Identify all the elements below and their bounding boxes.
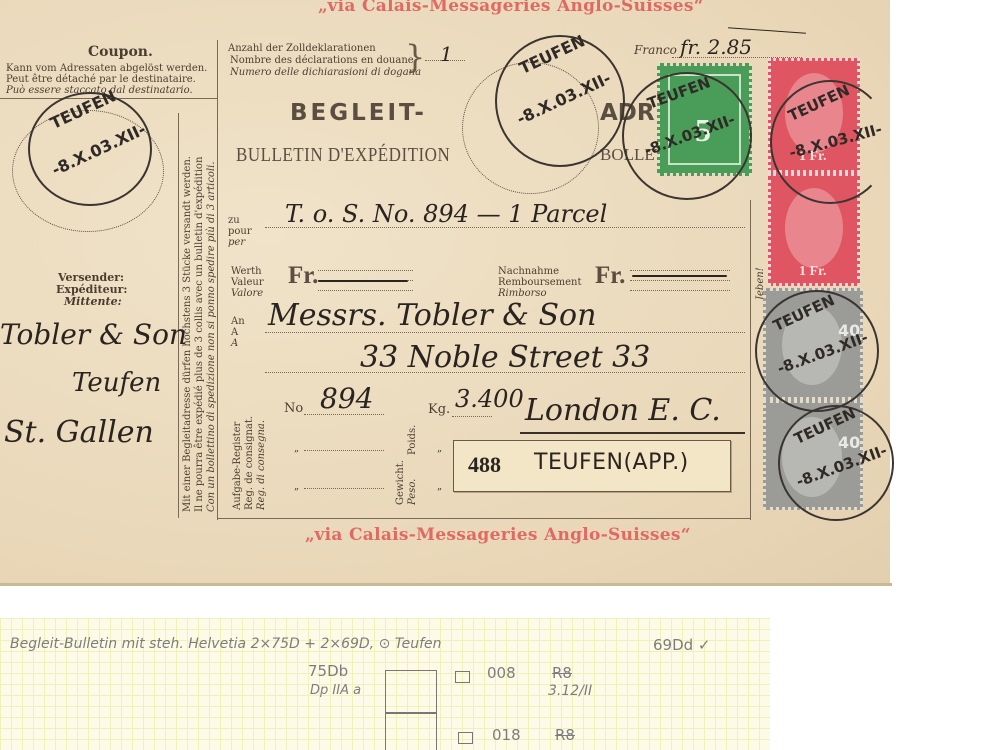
- sender-line-2: Teufen: [72, 368, 161, 398]
- franco-value: fr. 2.85: [680, 35, 752, 59]
- cod-dots-1: [630, 270, 730, 271]
- sender-label-fr: Expéditeur:: [56, 284, 127, 295]
- divider-right: [750, 200, 751, 520]
- dest-label-pour: pour: [228, 226, 252, 237]
- title-bulletin: BULLETIN D'EXPÉDITION: [236, 144, 450, 167]
- dest-value: T. o. S. No. 894 — 1 Parcel: [285, 200, 607, 228]
- register-dots-2: [304, 450, 384, 451]
- postmark-grey-top: TEUFEN -8.X.03.XII-: [755, 290, 879, 412]
- postmark-green-stamp: TEUFEN -8.X.03.XII-: [622, 72, 752, 200]
- value-dots-1: [318, 270, 413, 271]
- registration-town: TEUFEN(APP.): [534, 450, 689, 475]
- album-bottom-checkbox: [458, 732, 473, 744]
- album-perf: Dp IIA a: [310, 683, 361, 698]
- album-plate-bottom-crossed: R8: [555, 726, 575, 744]
- album-catalog-ref: 69Dd ✓: [653, 636, 711, 654]
- value-dash: [318, 280, 408, 282]
- addr-label-a-it: A: [231, 338, 238, 349]
- postmark-grey-bottom: TEUFEN -8.X.03.XII-: [778, 405, 894, 521]
- postmark-center: TEUFEN -8.X.03.XII-: [495, 35, 625, 167]
- customs-line-fr: Nombre des déclarations en douane: [230, 55, 414, 66]
- register-no-label: No: [284, 403, 303, 414]
- addr-line-1: Messrs. Tobler & Son: [268, 298, 596, 333]
- value-dots-3: [318, 290, 413, 291]
- divider-notice-left: [178, 113, 179, 518]
- register-no-value: 894: [320, 382, 373, 415]
- addr-line-2: 33 Noble Street 33: [360, 340, 650, 375]
- register-dots-3: [304, 488, 384, 489]
- value-label-it: Valore: [231, 288, 263, 299]
- dest-label-per: per: [228, 237, 245, 248]
- coupon-line-fr: Peut être détaché par le destinataire.: [6, 74, 196, 85]
- register-label-de: Aufgabe-Register: [232, 422, 244, 510]
- cod-dots-3: [630, 290, 730, 291]
- stamp-1fr-bottom-denomination: 1 Fr.: [799, 264, 826, 280]
- postmark-coupon: TEUFEN -8.X.03.XII-: [28, 92, 152, 206]
- register-ditto-1: „: [294, 443, 299, 454]
- title-begleit: BEGLEIT-: [290, 100, 427, 126]
- registration-label: 488 TEUFEN(APP.): [453, 440, 731, 492]
- album-plate-top: 008: [487, 664, 516, 682]
- weight-label-it: Peso.: [407, 479, 419, 505]
- dest-label-zu: zu: [228, 215, 240, 226]
- footer-route: „via Calais-Messageries Anglo-Suisses“: [305, 525, 691, 545]
- postmark-red-top: TEUFEN -8.X.03.XII-: [770, 80, 890, 204]
- cod-currency: Fr.: [595, 262, 625, 290]
- register-ditto-2: „: [294, 481, 299, 492]
- addr-label-a: A: [231, 327, 238, 338]
- registration-number: 488: [468, 452, 501, 478]
- sender-line-3: St. Gallen: [4, 415, 154, 450]
- coupon-line-de: Kann vom Adressaten abgelöst werden.: [6, 63, 207, 74]
- notice-it: Con un bollettino di spedizione non si p…: [206, 161, 218, 512]
- album-plate-top-date: 3.12/II: [548, 683, 592, 699]
- addr-underline: [520, 432, 745, 434]
- cod-dots-2: [630, 280, 730, 281]
- value-label-fr: Valeur: [231, 277, 264, 288]
- cod-label-de: Nachnahme: [498, 266, 559, 277]
- value-label-de: Werth: [231, 266, 262, 277]
- weight-unit: Kg.: [428, 404, 450, 415]
- weight-label-fr: Poids.: [407, 425, 419, 455]
- sender-label-de: Versender:: [58, 272, 124, 283]
- album-stamp-id: 75Db: [308, 662, 348, 680]
- customs-brace: }: [405, 40, 425, 74]
- album-top-checkbox: [455, 671, 470, 683]
- coupon-title: Coupon.: [88, 44, 153, 60]
- weight-value: 3.400: [455, 385, 524, 413]
- header-route: „via Calais-Messageries Anglo-Suisses“: [318, 0, 704, 16]
- weight-ditto-1: „: [437, 443, 442, 454]
- weight-ditto-2: „: [437, 481, 442, 492]
- customs-line-de: Anzahl der Zolldeklarationen: [228, 43, 376, 54]
- album-description: Begleit-Bulletin mit steh. Helvetia 2×75…: [10, 636, 441, 652]
- cod-dash: [632, 275, 727, 277]
- weight-dots: [452, 416, 492, 417]
- franco-label: Franco: [634, 45, 677, 56]
- sender-label-it: Mittente:: [64, 296, 122, 307]
- album-plate-bottom: 018: [492, 726, 521, 744]
- customs-line-it: Numero delle dichiarasioni di dogana: [230, 67, 421, 78]
- album-pair-bottom-box: [385, 712, 437, 750]
- addr-line-3: London E. C.: [525, 393, 721, 428]
- album-pair-top-box: [385, 670, 437, 714]
- album-plate-top-crossed: R8: [552, 664, 572, 682]
- form-bottom-line: [217, 518, 750, 519]
- customs-value: 1: [440, 42, 453, 66]
- register-label-fr: Reg. de consignat.: [244, 416, 256, 510]
- cod-label-fr: Remboursement: [498, 277, 581, 288]
- notice-fr: Il ne pourra être expédié plus de 3 coll…: [194, 157, 206, 512]
- sender-line-1: Tobler & Son: [0, 318, 187, 351]
- value-currency: Fr.: [288, 262, 318, 290]
- weight-label-de: Gewicht.: [395, 460, 407, 505]
- card-edge: [0, 583, 892, 586]
- register-label-it: Reg. di consegna.: [256, 420, 268, 510]
- addr-label-an: An: [231, 316, 245, 327]
